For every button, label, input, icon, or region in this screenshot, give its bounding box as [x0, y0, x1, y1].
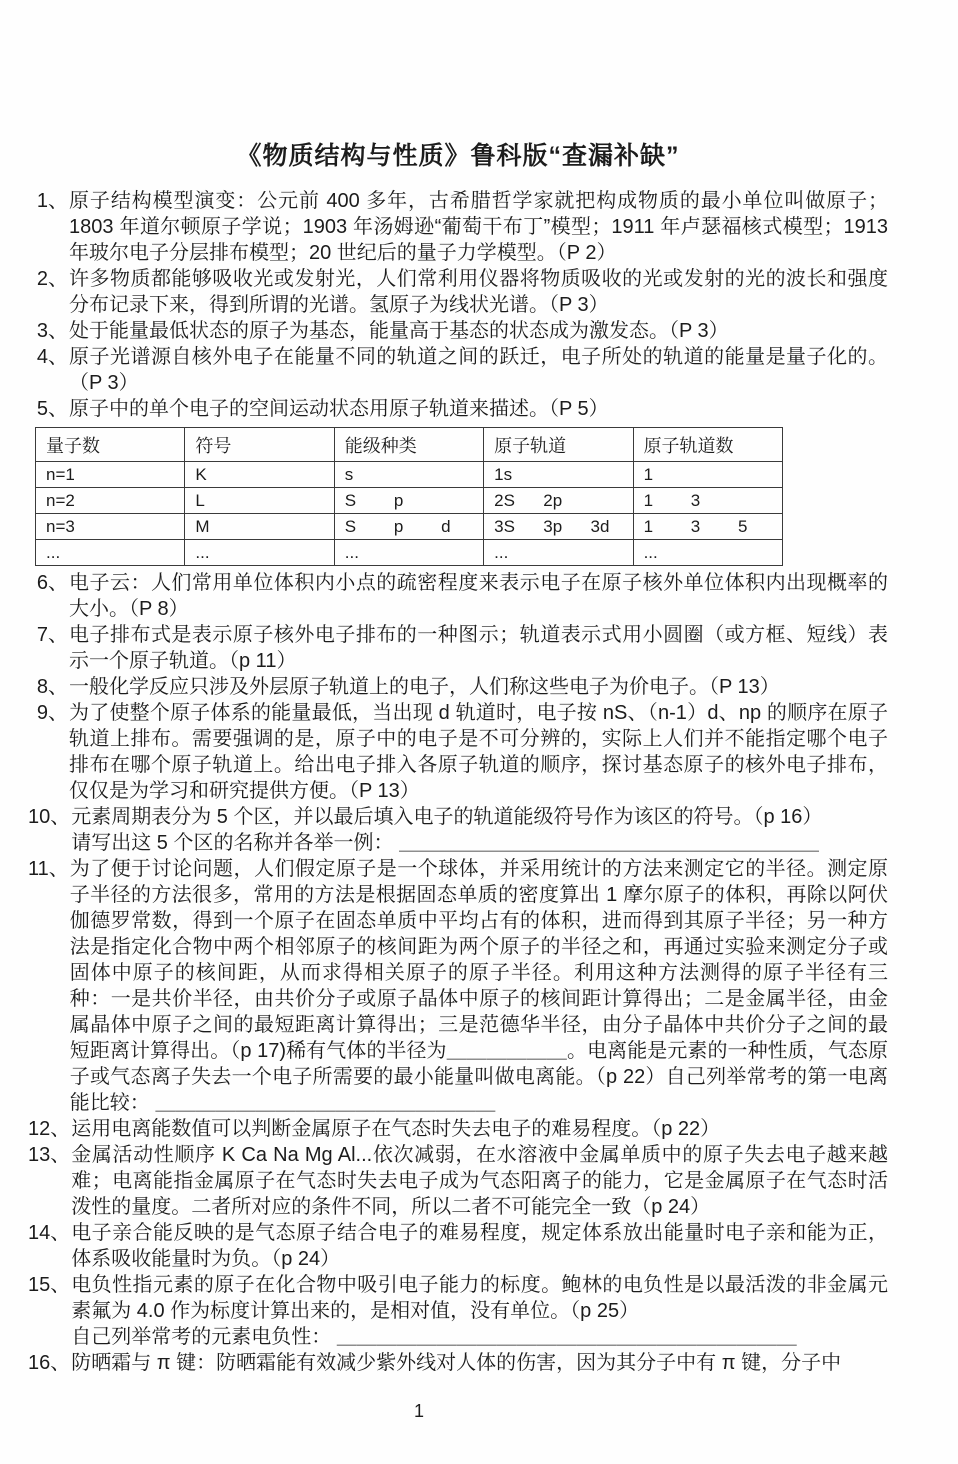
item-text: 运用电离能数值可以判断金属原子在气态时失去电子的难易程度。（p 22）: [70, 1116, 888, 1142]
item-number: 12、: [28, 1116, 70, 1142]
table-cell: 2S 2p: [484, 488, 633, 514]
item-4: 4、 原子光谱源自核外电子在能量不同的轨道之间的跃迁，电子所处的轨道的能量是量子…: [28, 344, 888, 396]
table-cell: S p d: [334, 514, 483, 540]
table-cell: S p: [334, 488, 483, 514]
item-text: 电负性指元素的原子在化合物中吸引电子能力的标度。鲍林的电负性是以最活泼的非金属元…: [70, 1272, 888, 1350]
item-number: 4、: [28, 344, 68, 370]
table-header-energy-level-type: 能级种类: [334, 428, 483, 462]
table-cell: 1: [633, 462, 782, 488]
table-cell: ...: [334, 540, 483, 566]
item-number: 8、: [28, 674, 68, 700]
item-12: 12、 运用电离能数值可以判断金属原子在气态时失去电子的难易程度。（p 22）: [28, 1116, 888, 1142]
table-row: n=3 M S p d 3S 3p 3d 1 3 5: [36, 514, 783, 540]
item-13: 13、 金属活动性顺序 K Ca Na Mg Al...依次减弱，在水溶液中金属…: [28, 1142, 888, 1220]
item-2: 2、 许多物质都能够吸收光或发射光，人们常利用仪器将物质吸收的光或发射的光的波长…: [28, 266, 888, 318]
item-text: 一般化学反应只涉及外层原子轨道上的电子，人们称这些电子为价电子。（P 13）: [68, 674, 888, 700]
item-7: 7、 电子排布式是表示原子核外电子排布的一种图示；轨道表示式用小圆圈（或方框、短…: [28, 622, 888, 674]
item-number: 11、: [28, 856, 69, 882]
table-cell: ...: [484, 540, 633, 566]
document-page: 《物质结构与性质》鲁科版“查漏补缺” 1、 原子结构模型演变：公元前 400 多…: [0, 0, 958, 1464]
item-number: 5、: [28, 396, 68, 422]
numbered-list-bottom: 6、 电子云：人们常用单位体积内小点的疏密程度来表示电子在原子核外单位体积内出现…: [28, 570, 888, 1376]
page-title: 《物质结构与性质》鲁科版“查漏补缺”: [28, 136, 888, 172]
item-text: 金属活动性顺序 K Ca Na Mg Al...依次减弱，在水溶液中金属单质中的…: [70, 1142, 888, 1220]
item-number: 3、: [28, 318, 68, 344]
item-text: 处于能量最低状态的原子为基态，能量高于基态的状态成为激发态。（P 3）: [68, 318, 888, 344]
table-cell: n=2: [36, 488, 185, 514]
table-header-atomic-orbital-count: 原子轨道数: [633, 428, 782, 462]
item-text: 为了使整个原子体系的能量最低，当出现 d 轨道时，电子按 nS、（n-1）d、n…: [68, 700, 888, 804]
table-cell: ...: [633, 540, 782, 566]
item-number: 16、: [28, 1350, 70, 1376]
table-cell: M: [185, 514, 334, 540]
item-number: 15、: [28, 1272, 70, 1298]
table-cell: 1 3: [633, 488, 782, 514]
item-text: 电子云：人们常用单位体积内小点的疏密程度来表示电子在原子核外单位体积内出现概率的…: [68, 570, 888, 622]
item-text: 防晒霜与 π 键：防晒霜能有效减少紫外线对人体的伤害，因为其分子中有 π 键，分…: [70, 1350, 888, 1376]
table-row: n=2 L S p 2S 2p 1 3: [36, 488, 783, 514]
table-cell: ...: [185, 540, 334, 566]
table-header-atomic-orbital: 原子轨道: [484, 428, 633, 462]
item-number: 9、: [28, 700, 68, 726]
table-header-symbol: 符号: [185, 428, 334, 462]
table-cell: n=3: [36, 514, 185, 540]
item-text: 电子排布式是表示原子核外电子排布的一种图示；轨道表示式用小圆圈（或方框、短线）表…: [68, 622, 888, 674]
item-text: 许多物质都能够吸收光或发射光，人们常利用仪器将物质吸收的光或发射的光的波长和强度…: [68, 266, 888, 318]
table-header-quantum-number: 量子数: [36, 428, 185, 462]
item-number: 6、: [28, 570, 68, 596]
item-text: 为了便于讨论问题，人们假定原子是一个球体，并采用统计的方法来测定它的半径。测定原…: [69, 856, 888, 1116]
item-number: 13、: [28, 1142, 70, 1168]
table-cell: ...: [36, 540, 185, 566]
item-6: 6、 电子云：人们常用单位体积内小点的疏密程度来表示电子在原子核外单位体积内出现…: [28, 570, 888, 622]
item-11: 11、 为了便于讨论问题，人们假定原子是一个球体，并采用统计的方法来测定它的半径…: [28, 856, 888, 1116]
item-1: 1、 原子结构模型演变：公元前 400 多年，古希腊哲学家就把构成物质的最小单位…: [28, 188, 888, 266]
item-9: 9、 为了使整个原子体系的能量最低，当出现 d 轨道时，电子按 nS、（n-1）…: [28, 700, 888, 804]
table-cell: 1s: [484, 462, 633, 488]
numbered-list-top: 1、 原子结构模型演变：公元前 400 多年，古希腊哲学家就把构成物质的最小单位…: [28, 188, 888, 422]
item-number: 10、: [28, 804, 70, 830]
item-text: 电子亲合能反映的是气态原子结合电子的难易程度，规定体系放出能量时电子亲和能为正，…: [70, 1220, 888, 1272]
item-5: 5、 原子中的单个电子的空间运动状态用原子轨道来描述。（P 5）: [28, 396, 888, 422]
item-text: 元素周期表分为 5 个区，并以最后填入电子的轨道能级符号作为该区的符号。（p 1…: [70, 804, 888, 856]
item-14: 14、 电子亲合能反映的是气态原子结合电子的难易程度，规定体系放出能量时电子亲和…: [28, 1220, 888, 1272]
item-15: 15、 电负性指元素的原子在化合物中吸引电子能力的标度。鲍林的电负性是以最活泼的…: [28, 1272, 888, 1350]
item-number: 2、: [28, 266, 68, 292]
item-number: 14、: [28, 1220, 70, 1246]
item-text: 原子结构模型演变：公元前 400 多年，古希腊哲学家就把构成物质的最小单位叫做原…: [68, 188, 888, 266]
table-cell: s: [334, 462, 483, 488]
item-8: 8、 一般化学反应只涉及外层原子轨道上的电子，人们称这些电子为价电子。（P 13…: [28, 674, 888, 700]
table-cell: n=1: [36, 462, 185, 488]
quantum-number-table: 量子数 符号 能级种类 原子轨道 原子轨道数 n=1 K s 1s 1 n=2 …: [35, 427, 783, 566]
table-cell: 1 3 5: [633, 514, 782, 540]
table-row: n=1 K s 1s 1: [36, 462, 783, 488]
item-number: 1、: [28, 188, 68, 214]
table-cell: 3S 3p 3d: [484, 514, 633, 540]
table-cell: K: [185, 462, 334, 488]
item-number: 7、: [28, 622, 68, 648]
item-16: 16、 防晒霜与 π 键：防晒霜能有效减少紫外线对人体的伤害，因为其分子中有 π…: [28, 1350, 888, 1376]
table-cell: L: [185, 488, 334, 514]
item-text: 原子光谱源自核外电子在能量不同的轨道之间的跃迁，电子所处的轨道的能量是量子化的。…: [68, 344, 888, 396]
item-10: 10、 元素周期表分为 5 个区，并以最后填入电子的轨道能级符号作为该区的符号。…: [28, 804, 888, 856]
table-header-row: 量子数 符号 能级种类 原子轨道 原子轨道数: [36, 428, 783, 462]
table-row: ... ... ... ... ...: [36, 540, 783, 566]
page-number: 1: [0, 1401, 838, 1422]
item-text: 原子中的单个电子的空间运动状态用原子轨道来描述。（P 5）: [68, 396, 888, 422]
item-3: 3、 处于能量最低状态的原子为基态，能量高于基态的状态成为激发态。（P 3）: [28, 318, 888, 344]
